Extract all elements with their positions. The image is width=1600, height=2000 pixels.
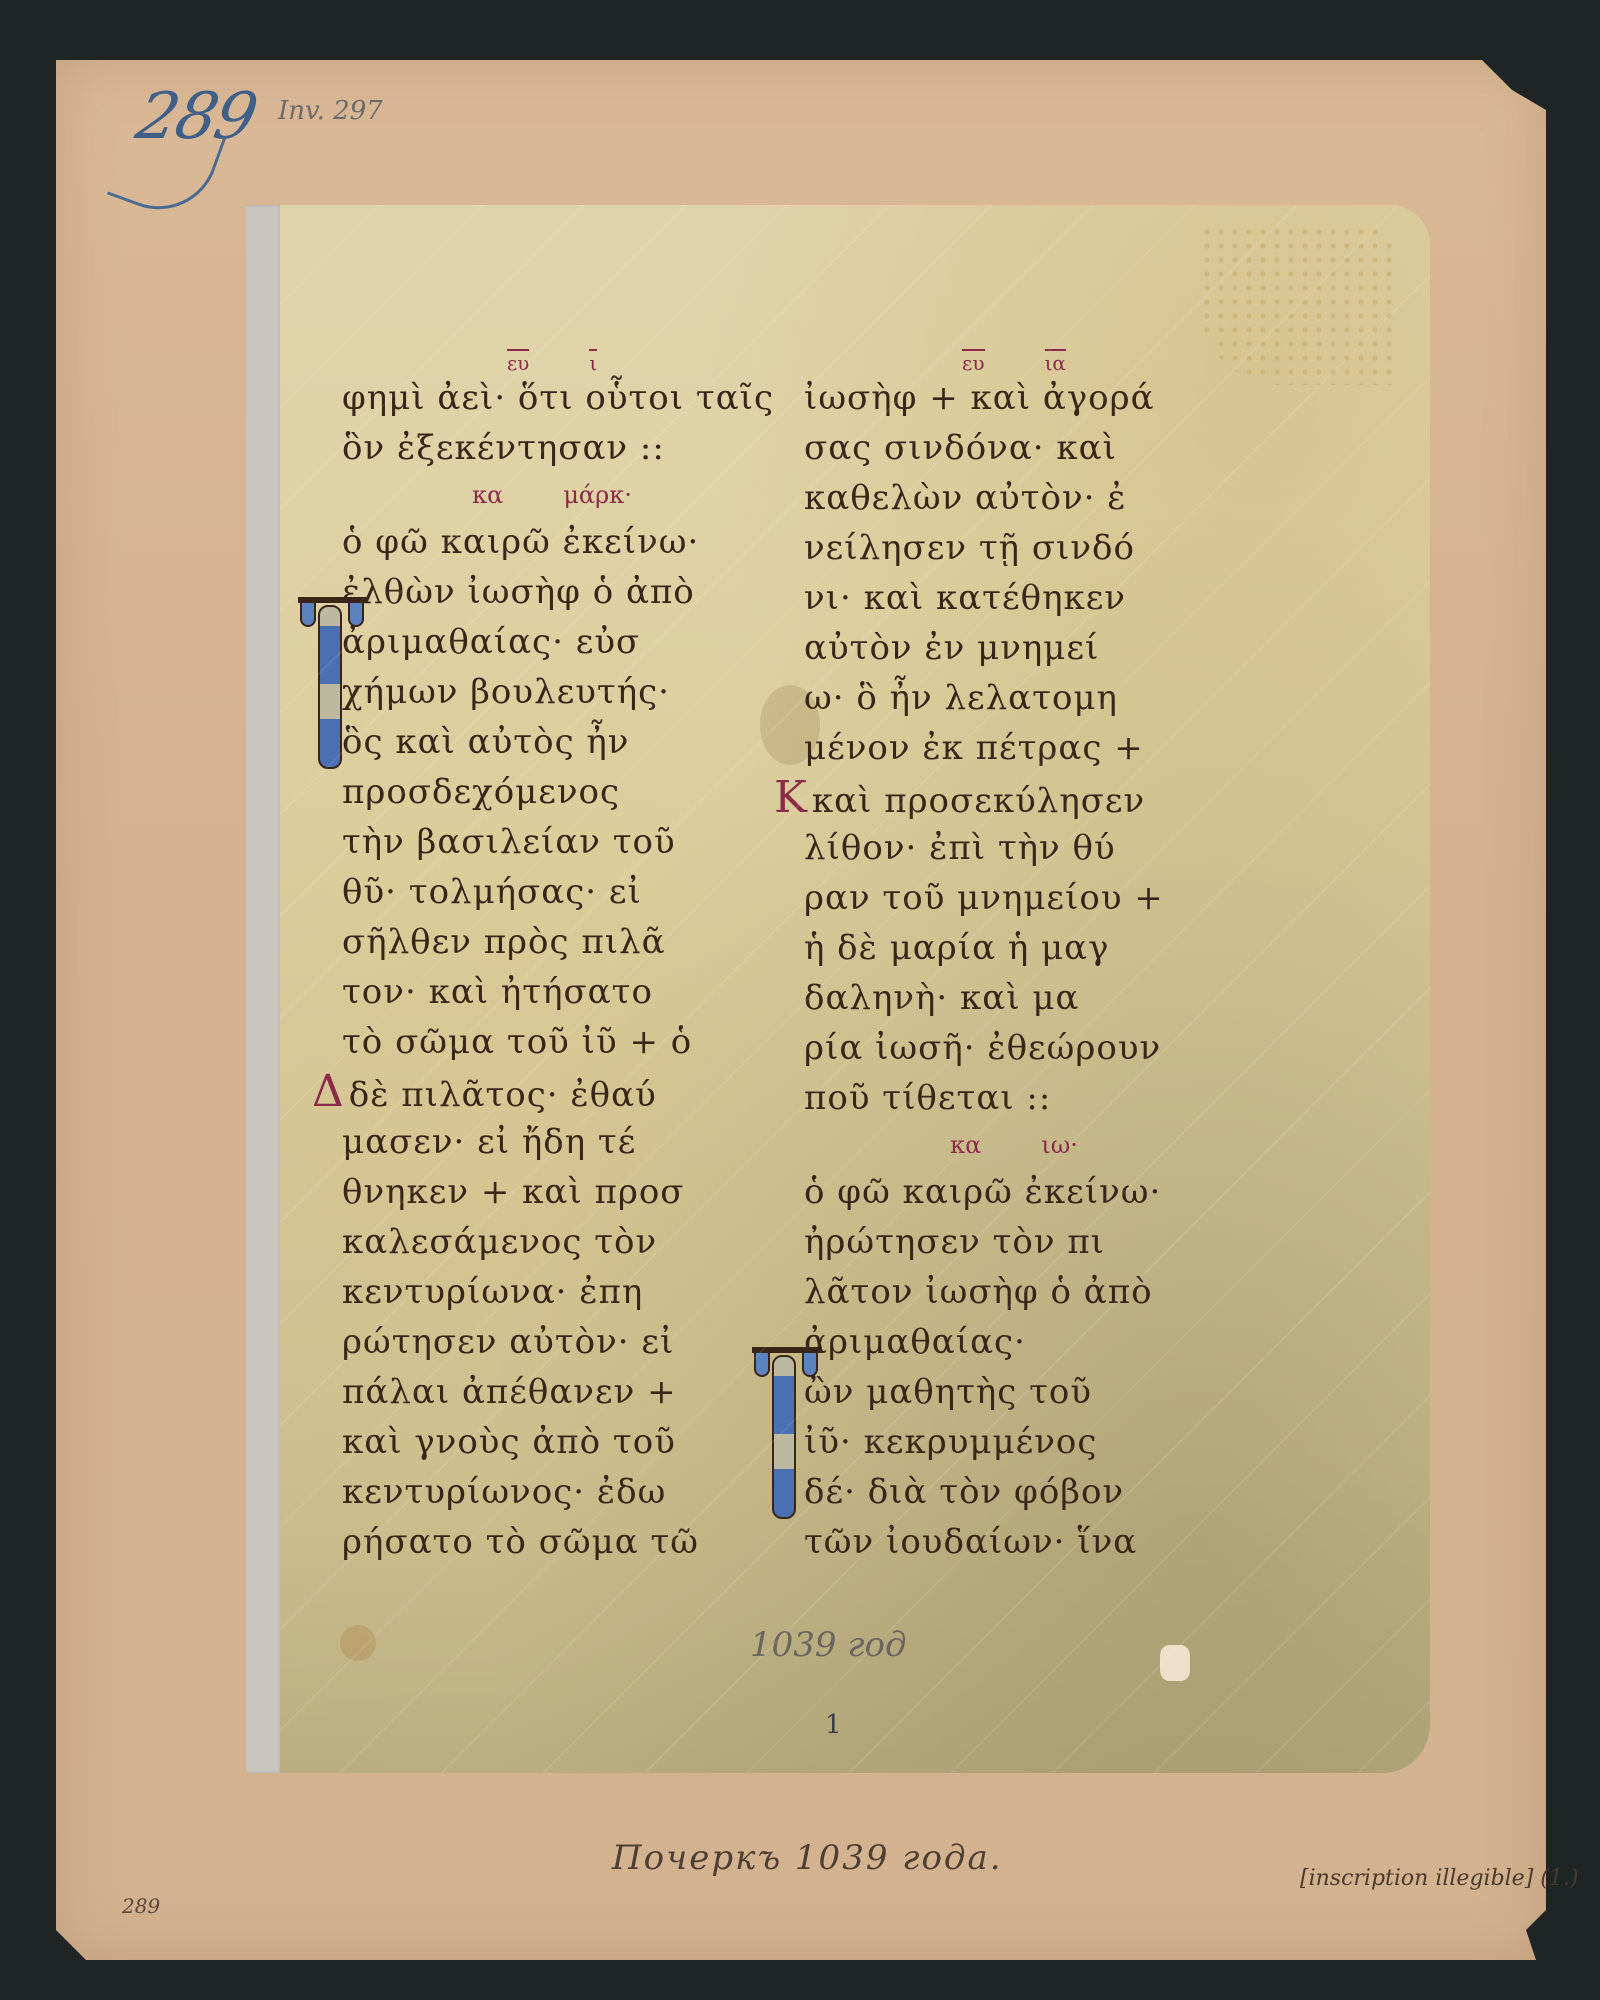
- text-line: ἡ δὲ μαρία ἡ μαγ: [804, 923, 1224, 973]
- right-heading-number: ια: [1045, 349, 1066, 373]
- stain: [340, 1625, 376, 1661]
- text-line: καλεσάμενος τὸν: [342, 1217, 762, 1267]
- text-line: σας σινδόνα· καὶ: [804, 423, 1224, 473]
- text-line: μένον ἐκ πέτρας +: [804, 723, 1224, 773]
- text-line: νι· καὶ κατέθηκεν: [804, 573, 1224, 623]
- text-line: δέ· διὰ τὸν φόβον: [804, 1467, 1224, 1517]
- text-line: κεντυρίωνα· ἐπη: [342, 1267, 762, 1317]
- text-line: θνηκεν + καὶ προσ: [342, 1167, 762, 1217]
- text-line: τῶν ἰουδαίων· ἵνα: [804, 1517, 1224, 1567]
- text-line-with-initial: Δδὲ πιλᾶτος· ἐθαύ: [342, 1067, 762, 1117]
- text-line: αὐτὸν ἐν μνημεί: [804, 623, 1224, 673]
- lection-evangelist: μάρκ·: [563, 473, 632, 517]
- lection-evangelist: ιω·: [1041, 1123, 1078, 1167]
- text-line: τον· καὶ ἠτήσατο: [342, 967, 762, 1017]
- text-line: τὸ σῶμα τοῦ ἰῦ + ὁ: [342, 1017, 762, 1067]
- right-lection-heading: κα ιω·: [804, 1123, 1224, 1167]
- text-line: πάλαι ἀπέθανεν +: [342, 1367, 762, 1417]
- left-heading-number: ι: [589, 349, 597, 373]
- text-line: σῆλθεν πρὸς πιλᾶ: [342, 917, 762, 967]
- lection-number: κα: [950, 1123, 981, 1167]
- text-line: φημὶ ἀεὶ· ὅτι οὗτοι ταῖς: [342, 373, 762, 423]
- parchment-follicle-pattern: [1200, 225, 1400, 385]
- text-line-body: καὶ προσεκύλησεν: [812, 781, 1145, 821]
- text-line: νείλησεν τῇ σινδό: [804, 523, 1224, 573]
- manuscript-leaf: ευ ι φημὶ ἀεὶ· ὅτι οὗτοι ταῖς ὃν ἐξεκέντ…: [280, 205, 1430, 1773]
- right-column: ευ ια ἰωσὴφ + καὶ ἀγορά σας σινδόνα· καὶ…: [804, 325, 1224, 1567]
- text-line: ὃν ἐξεκέντησαν ::: [342, 423, 762, 473]
- illuminated-initial-tau: [298, 597, 354, 767]
- mount-caption: Почеркъ 1039 года.: [612, 1838, 1003, 1878]
- right-heading-abbrev: ευ: [962, 349, 985, 373]
- pencil-date-note: 1039 год: [750, 1625, 907, 1665]
- left-heading-abbrev: ευ: [507, 349, 530, 373]
- text-line: ὢν μαθητὴς τοῦ: [804, 1367, 1224, 1417]
- text-line: ἰῦ· κεκρυμμένος: [804, 1417, 1224, 1467]
- text-line: ρήσατο τὸ σῶμα τῶ: [342, 1517, 762, 1567]
- text-line-with-initial: Κκαὶ προσεκύλησεν: [804, 773, 1224, 823]
- text-line: τὴν βασιλείαν τοῦ: [342, 817, 762, 867]
- text-line: καθελὼν αὐτὸν· ἐ: [804, 473, 1224, 523]
- text-line: ἠρώτησεν τὸν πι: [804, 1217, 1224, 1267]
- text-line: κεντυρίωνος· ἐδω: [342, 1467, 762, 1517]
- text-line: ἀριμαθαίας· εὐσ: [342, 617, 762, 667]
- text-line: προσδεχόμενος: [342, 767, 762, 817]
- corner-note-right: [inscription illegible] (1.): [1300, 1866, 1578, 1891]
- text-line: λᾶτον ἰωσὴφ ὁ ἀπὸ: [804, 1267, 1224, 1317]
- text-line: θῦ· τολμήσας· εἰ: [342, 867, 762, 917]
- right-heading: ευ ια: [804, 325, 1224, 373]
- text-line: ὃς καὶ αὐτὸς ἦν: [342, 717, 762, 767]
- text-line: καὶ γνοὺς ἀπὸ τοῦ: [342, 1417, 762, 1467]
- text-line: ἐλθὼν ἰωσὴφ ὁ ἀπὸ: [342, 567, 762, 617]
- text-line: λίθον· ἐπὶ τὴν θύ: [804, 823, 1224, 873]
- hinge-strip: [246, 205, 282, 1773]
- hole: [1160, 1645, 1190, 1681]
- text-line: ἰωσὴφ + καὶ ἀγορά: [804, 373, 1224, 423]
- text-line: ὁ φῶ καιρῶ ἐκείνω·: [804, 1167, 1224, 1217]
- red-initial-kappa: Κ: [774, 772, 808, 823]
- inventory-note: Inv. 297: [278, 96, 383, 126]
- text-line: ρώτησεν αὐτὸν· εἰ: [342, 1317, 762, 1367]
- illuminated-initial-tau: [752, 1347, 808, 1517]
- folio-number: 1: [825, 1710, 842, 1740]
- lection-number: κα: [472, 473, 503, 517]
- text-line: ρία ἰωσῆ· ἐθεώρουν: [804, 1023, 1224, 1073]
- text-line: ἀριμαθαίας·: [804, 1317, 1224, 1367]
- text-line: δαληνὴ· καὶ μα: [804, 973, 1224, 1023]
- text-line: ποῦ τίθεται ::: [804, 1073, 1224, 1123]
- text-line: ραν τοῦ μνημείου +: [804, 873, 1224, 923]
- left-lection-heading: κα μάρκ·: [342, 473, 762, 517]
- text-line: ω· ὃ ἦν λελατομη: [804, 673, 1224, 723]
- red-initial-delta: Δ: [312, 1066, 345, 1117]
- left-column: ευ ι φημὶ ἀεὶ· ὅτι οὗτοι ταῖς ὃν ἐξεκέντ…: [342, 325, 762, 1567]
- left-heading: ευ ι: [342, 325, 762, 373]
- corner-note-left: 289: [122, 1894, 160, 1918]
- text-line-body: δὲ πιλᾶτος· ἐθαύ: [349, 1075, 657, 1115]
- text-line: μασεν· εἰ ἤδη τέ: [342, 1117, 762, 1167]
- text-line: ὁ φῶ καιρῶ ἐκείνω·: [342, 517, 762, 567]
- text-line: χήμων βουλευτής·: [342, 667, 762, 717]
